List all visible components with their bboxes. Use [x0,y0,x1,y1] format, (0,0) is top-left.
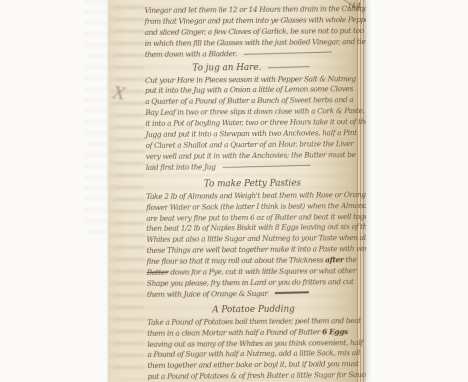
manuscript-line: Shape you please, fry them in Lard or yo… [147,277,360,290]
manuscript-line: put a Pound of Potatoes & of fresh Butte… [148,370,361,382]
manuscript-line: very well and put it in with the Anchovi… [146,150,359,163]
recipe-title-petty-pasties: To make Petty Pasties [146,178,359,191]
facing-page-edge [84,0,106,235]
pen-flourish [275,291,309,294]
manuscript-page: (14 X Vinegar and let them lie 12 or 14 … [108,0,366,382]
margin-bleed-through [110,6,144,376]
pen-flourish [268,66,310,68]
pen-flourish [244,51,332,54]
recipe-title-potatoe-pudding: A Potatoe Pudding [147,304,360,317]
petty-pasties-recipe: Take 2 lb of Almonds and Weigh't beat th… [146,190,360,301]
recipe-title-jug-an-hare: To jug an Hare. [145,62,358,75]
manuscript-text: Vinegar and let them lie 12 or 14 Hours … [144,3,360,382]
pickle-recipe-continuation: Vinegar and let them lie 12 or 14 Hours … [144,4,357,60]
manuscript-line: them down with a Bladder. [145,48,358,61]
manuscript-line: laid first into the Jug [146,161,359,174]
pen-flourish [222,165,310,168]
potatoe-pudding-recipe: Take a Pound of Potatoes boil them tende… [147,316,361,382]
manuscript-photo: (14 X Vinegar and let them lie 12 or 14 … [0,0,468,382]
margin-x-mark: X [112,85,127,104]
manuscript-line: them with Juice of Orange & Sugar [147,288,360,301]
jug-an-hare-recipe: Cut your Hare in Pieces season it with P… [145,74,359,174]
